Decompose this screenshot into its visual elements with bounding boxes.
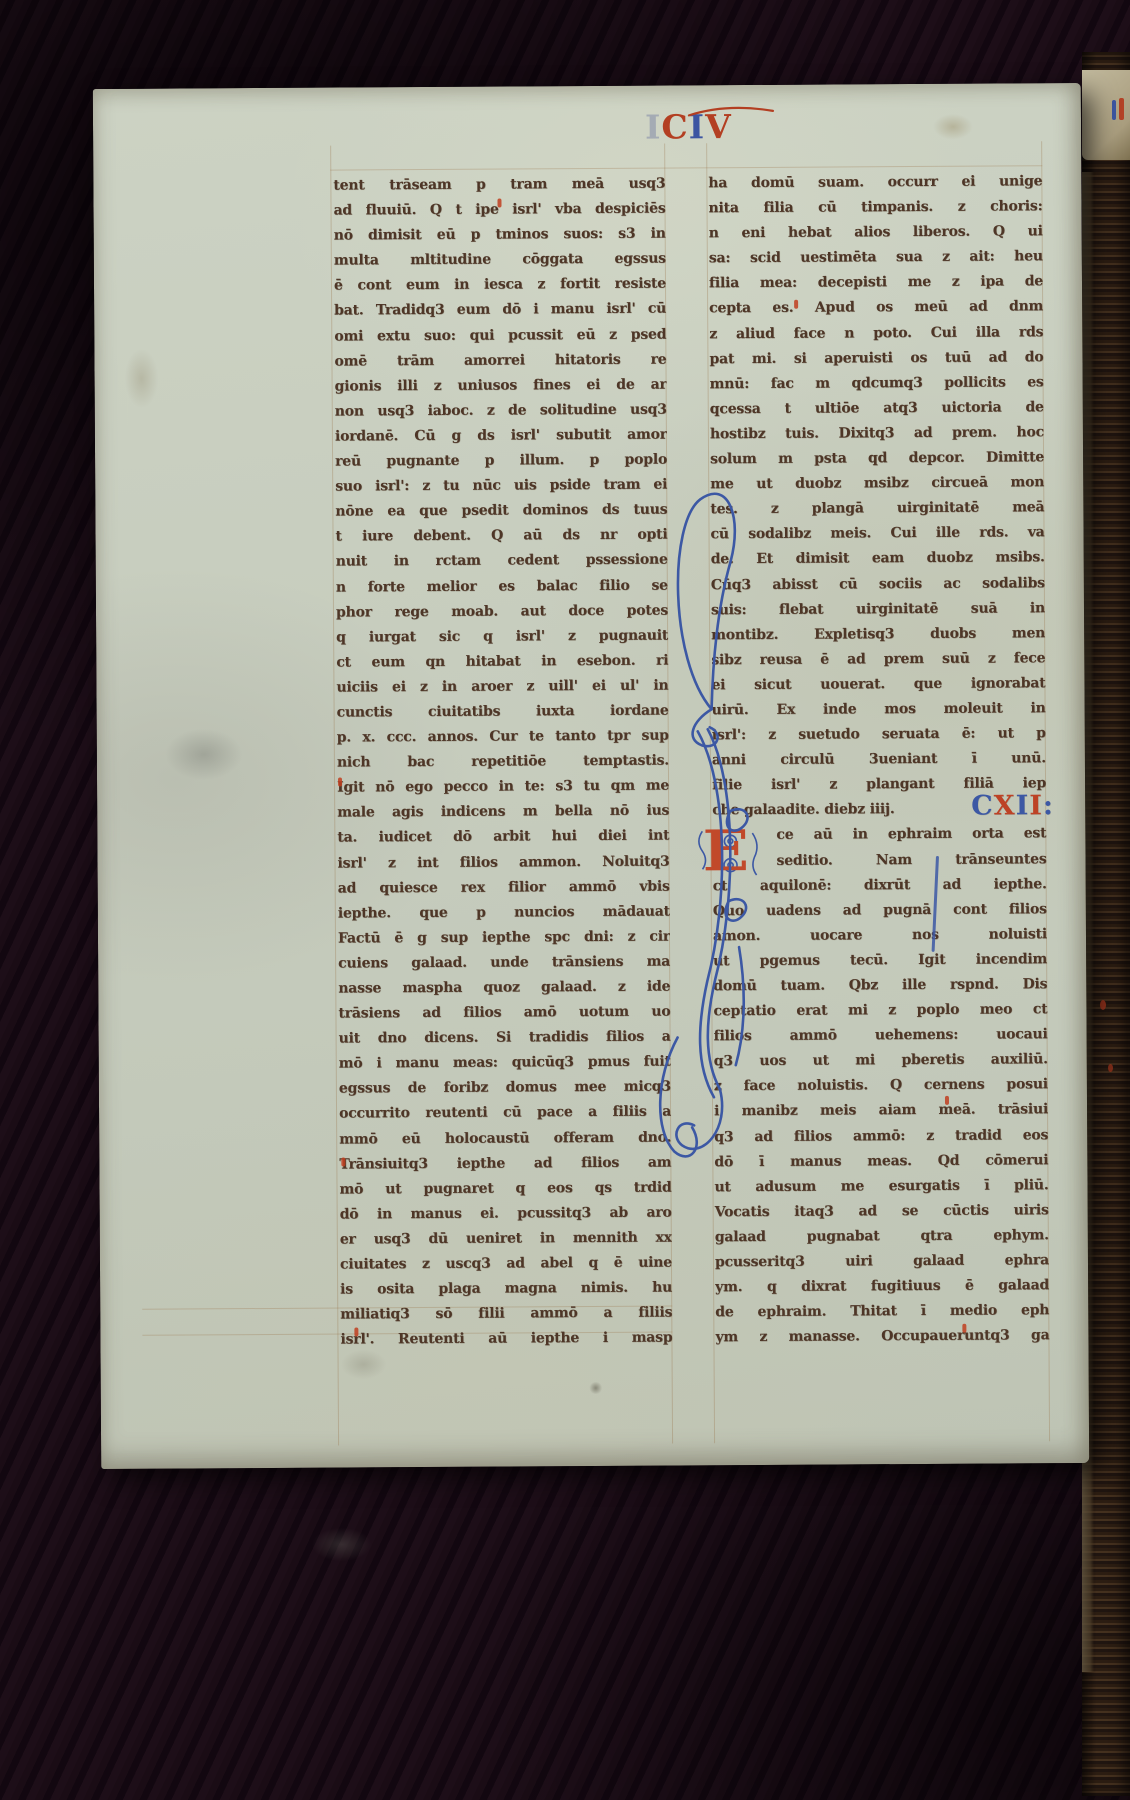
text-line: uiciis ei z in aroer z uill' ei ul' in (336, 673, 668, 700)
text-line: iordanē. Cū g ds isrl' subutit amor (335, 422, 667, 449)
rubric-touch-mark (497, 199, 501, 208)
text-line: Trānsiuitq3 iepthe ad filios am (339, 1150, 671, 1177)
text-line: gionis illi z uniusos fines ei de ar (335, 372, 667, 399)
text-line: reū pugnante p illum. p poplo (335, 448, 667, 475)
title-fragment-red-stroke (1119, 98, 1124, 120)
text-line: ct eum qn hitabat in esebon. ri (336, 648, 668, 675)
text-line: is osita plaga magna nimis. hu (340, 1276, 672, 1303)
title-fragment-blue-stroke (1112, 100, 1116, 120)
book-fore-edge (1082, 52, 1130, 1796)
text-line: Vocatis itaq3 ad se cūctis uiris (715, 1198, 1049, 1225)
text-line: nich bac repetitiōe temptastis. (337, 749, 669, 776)
text-line: isrl' z int filios ammon. Noluitq3 (337, 849, 669, 876)
text-line: cuiens galaad. unde trānsiens ma (338, 949, 670, 976)
text-line: omē trām amorrei hitatoris re (334, 347, 666, 374)
text-line: dō in manus ei. pcussitq3 ab aro (340, 1200, 672, 1227)
text-line: mō i manu meas: quicūq3 pmus fuit (339, 1050, 671, 1077)
text-line: trāsiens ad filios amō uotum uo (338, 1000, 670, 1027)
text-line: er usq3 dū ueniret in mennith xx (340, 1225, 672, 1252)
fore-edge-red-speck (1100, 1000, 1106, 1010)
text-line: filia mea: decepisti me z ipa de (709, 270, 1043, 297)
text-line: sa: scid uestimēta sua z ait: heu (709, 245, 1043, 272)
rubric-touch-mark (338, 778, 342, 787)
text-line: pat mi. si aperuisti os tuū ad do (709, 345, 1043, 372)
text-line: ut adusum me esurgatis ī pliū. (714, 1173, 1048, 1200)
text-line: mnū: fac m qdcumq3 pollicits es (710, 370, 1044, 397)
running-title-letter: C (661, 107, 689, 147)
text-line: nōne ea que psedit dominos ds tuus (335, 498, 667, 525)
text-line: ta. iudicet dō arbit hui diei int (337, 824, 669, 851)
text-line: ym. q dixrat fugitiuus ē galaad (715, 1273, 1049, 1300)
text-line: Igit nō ego pecco in te: s3 tu qm me (337, 774, 669, 801)
gutter-penwork-flourish (640, 477, 764, 1188)
text-line: qcessa t ultiōe atq3 uictoria de (710, 395, 1044, 422)
text-line: Factū ē g sup iepthe spc dni: z cir (338, 924, 670, 951)
stain (124, 349, 158, 409)
text-line: solum m psta qd depcor. Dimitte (710, 445, 1044, 472)
chapter-number-letter: I (1029, 791, 1043, 821)
chapter-number-letter: X (994, 791, 1016, 821)
text-line: ē cont eum in iesca z fortit resiste (334, 272, 666, 299)
text-line: isrl'. Reutenti aū iepthe i masp (340, 1326, 672, 1353)
text-line: galaad pugnabat qtra ephym. (715, 1223, 1049, 1250)
chapter-number-letter: I (1016, 791, 1030, 821)
text-line: male agis indicens m bella nō ius (337, 799, 669, 826)
text-line: ym z manasse. Occupaueruntq3 ga (715, 1324, 1049, 1351)
rubric-touch-mark (341, 1158, 345, 1167)
text-line: omi extu suo: qui pcussit eū z psed (334, 322, 666, 349)
text-line: q iurgat sic q isrl' z pugnauit (336, 623, 668, 650)
text-line: n forte melior es balac filio se (336, 573, 668, 600)
stain (340, 1349, 386, 1379)
text-line: miliatiq3 sō filii ammō a filiis (340, 1301, 672, 1328)
chapter-number-letter: C (971, 792, 994, 822)
text-line: suo isrl': z tu nūc uis pside tram ei (335, 473, 667, 500)
stain (589, 1382, 603, 1394)
text-line: cepta es. Apud os meū ad dnm (709, 295, 1043, 322)
text-line: egssus de foribz domus mee micq3 (339, 1075, 671, 1102)
rubric-touch-mark (354, 1327, 358, 1336)
text-line: ciuitates z uscq3 ad abel q ē uine (340, 1251, 672, 1278)
running-title: ICIV (645, 107, 775, 152)
text-line: ad quiesce rex filior ammō vbis (338, 874, 670, 901)
rubric-touch-mark (794, 300, 798, 309)
next-leaf-running-title-fragment (1112, 98, 1126, 124)
text-line: pcusseritq3 uiri galaad ephra (715, 1248, 1049, 1275)
text-line: cunctis ciuitatibs iuxta iordane (337, 698, 669, 725)
stain (933, 114, 973, 140)
text-line: nasse maspha quoz galaad. z ide (338, 975, 670, 1002)
text-line: occurrito reutenti cū pace a filiis a (339, 1100, 671, 1127)
text-line: tent trāseam p tram meā usq3 (333, 172, 665, 199)
text-line: mmō eū holocaustū offeram dno. (339, 1125, 671, 1152)
next-leaf-corner (1082, 70, 1130, 160)
text-line: nuit in rctam cedent pssessione (336, 548, 668, 575)
title-swash-flourish (687, 101, 777, 122)
running-title-letter: I (645, 108, 662, 148)
manuscript-page: ICIV tent trāseam p tram meā usq3ad fluu… (93, 83, 1089, 1469)
rubric-touch-mark (962, 1324, 966, 1333)
text-line: nō dimisit eū p tminos suos: s3 in (334, 222, 666, 249)
text-line: ha domū suam. occurr ei unige (708, 169, 1042, 196)
fore-edge-red-speck (1108, 1064, 1113, 1072)
chapter-number-letter: : (1043, 791, 1054, 821)
text-line: n eni hebat alios liberos. Q ui (709, 219, 1043, 246)
rubric-touch-mark (945, 1096, 949, 1105)
text-line: phor rege moab. aut doce potes (336, 598, 668, 625)
text-line: non usq3 iaboc. z de solitudine usq3 (335, 397, 667, 424)
stain (165, 728, 243, 780)
text-line: mō ut pugnaret q eos qs trdid (339, 1175, 671, 1202)
chapter-number-XII: CXII: (971, 791, 1054, 822)
text-line: z aliud face n poto. Cui illa rds (709, 320, 1043, 347)
text-line: hostibz tuis. Dixitq3 ad prem. hoc (710, 420, 1044, 447)
text-line: multa mltitudine cōggata egssus (334, 247, 666, 274)
text-line: t iure debent. Q aū ds nr opti (335, 523, 667, 550)
text-column-left: tent trāseam p tram meā usq3ad fluuiū. Q… (333, 172, 672, 1353)
text-line: nita filia cū timpanis. z choris: (708, 194, 1042, 221)
text-line: uit dno dicens. Si tradidis filios a (339, 1025, 671, 1052)
text-line: bat. Tradidq3 eum dō i manu isrl' cū (334, 297, 666, 324)
text-line: iepthe. que p nuncios mādauat (338, 899, 670, 926)
text-line: de ephraim. Thitat ī medio eph (715, 1298, 1049, 1325)
text-line: p. x. ccc. annos. Cur te tanto tpr sup (337, 724, 669, 751)
photo-stage: { "page": { "description": "Photograph o… (0, 0, 1130, 1800)
